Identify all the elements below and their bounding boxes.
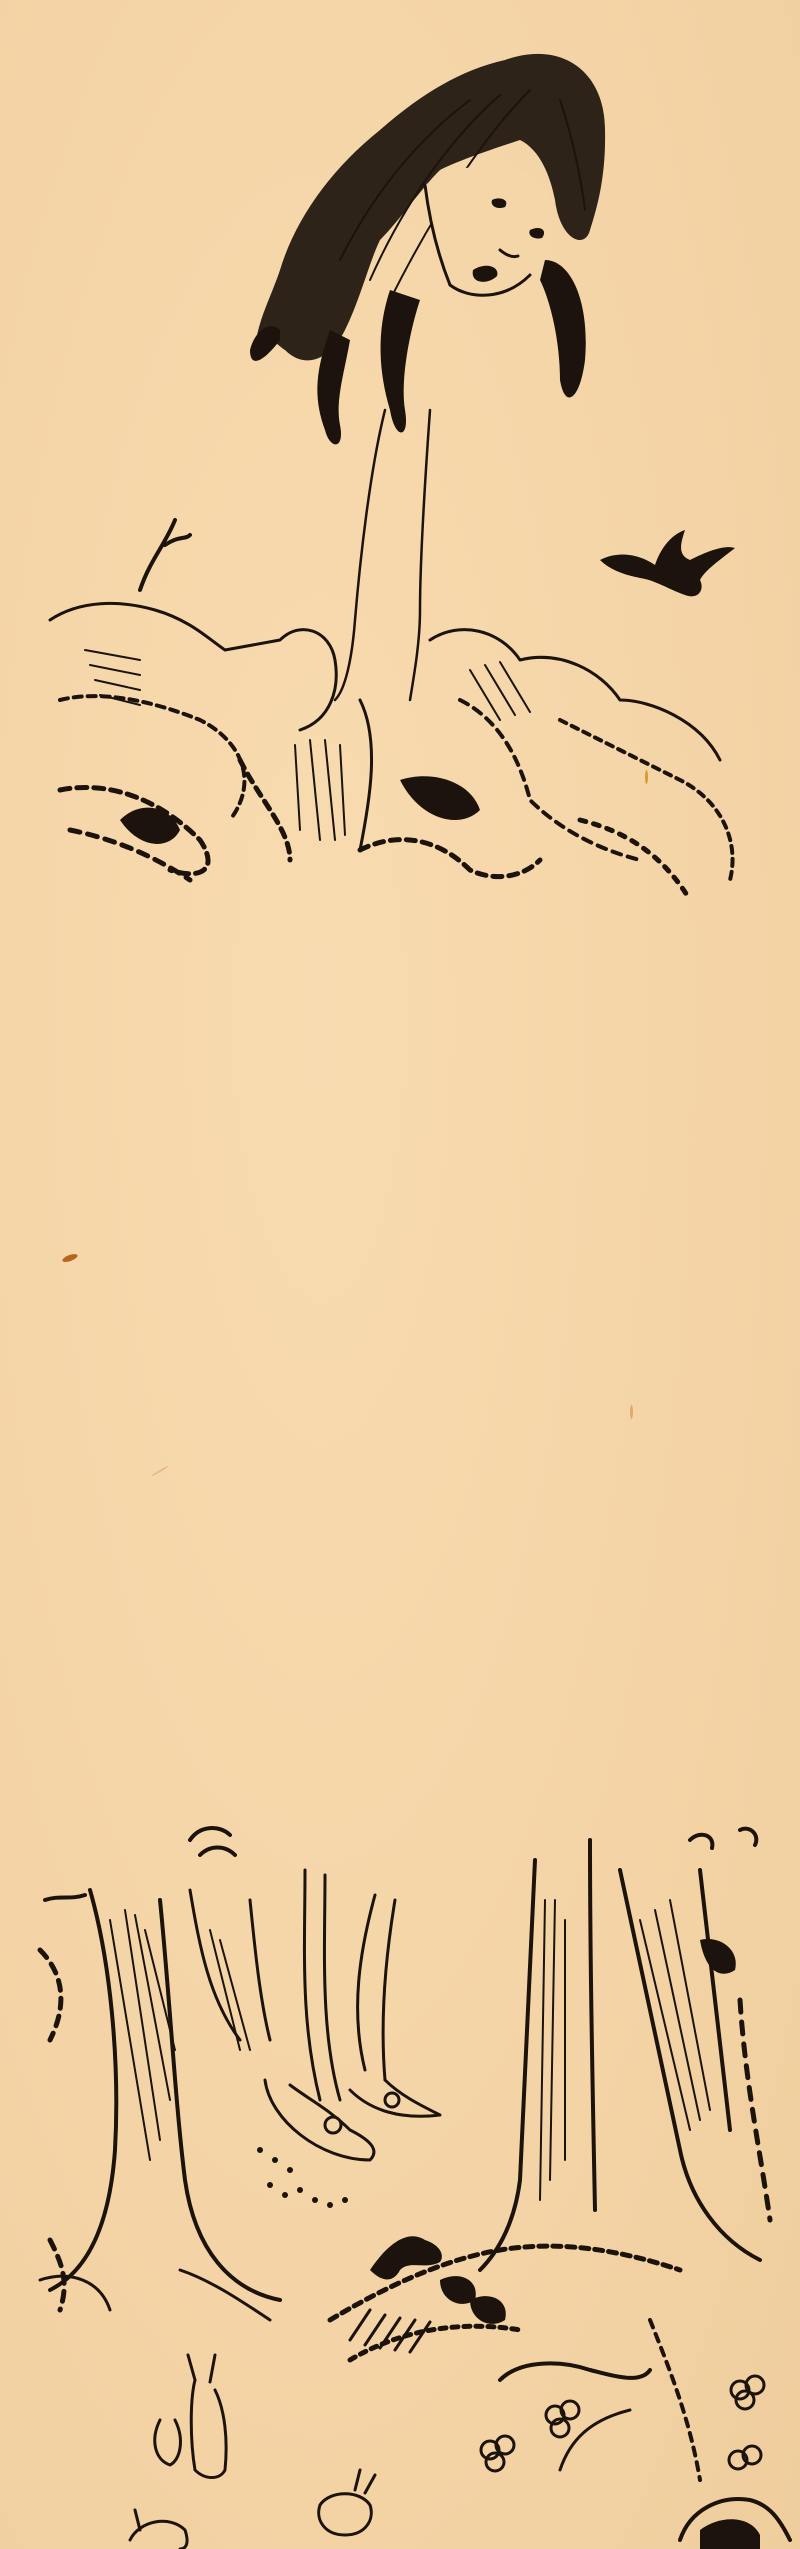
rabbit-icon — [319, 2470, 375, 2535]
paper-fleck — [151, 1465, 169, 1477]
bird-icon — [600, 530, 735, 596]
tree-trunk-icon — [40, 1890, 280, 2320]
paper-fleck — [630, 1405, 633, 1419]
forest-feet-illustration — [0, 1800, 800, 2549]
ground-texture-icon — [257, 2147, 348, 2208]
paper-fleck — [61, 1252, 78, 1263]
mushroom-icon — [680, 2499, 790, 2549]
bird-icon — [370, 2236, 442, 2279]
shrub-icon — [50, 603, 733, 900]
rabbit-icon — [155, 2355, 226, 2478]
tree-trunk-icon — [480, 1840, 770, 2270]
face-icon — [425, 165, 553, 297]
girl-long-neck-illustration — [0, 0, 800, 920]
flower-icon — [481, 2376, 764, 2471]
rabbit-icon — [130, 2510, 187, 2549]
tree-trunk-icon — [190, 1890, 270, 2050]
legs-icon — [304, 1870, 395, 2100]
illustration-page — [0, 0, 800, 2549]
hair-icon — [250, 54, 605, 445]
neck-icon — [335, 410, 430, 700]
shoe-icon — [265, 2080, 440, 2160]
